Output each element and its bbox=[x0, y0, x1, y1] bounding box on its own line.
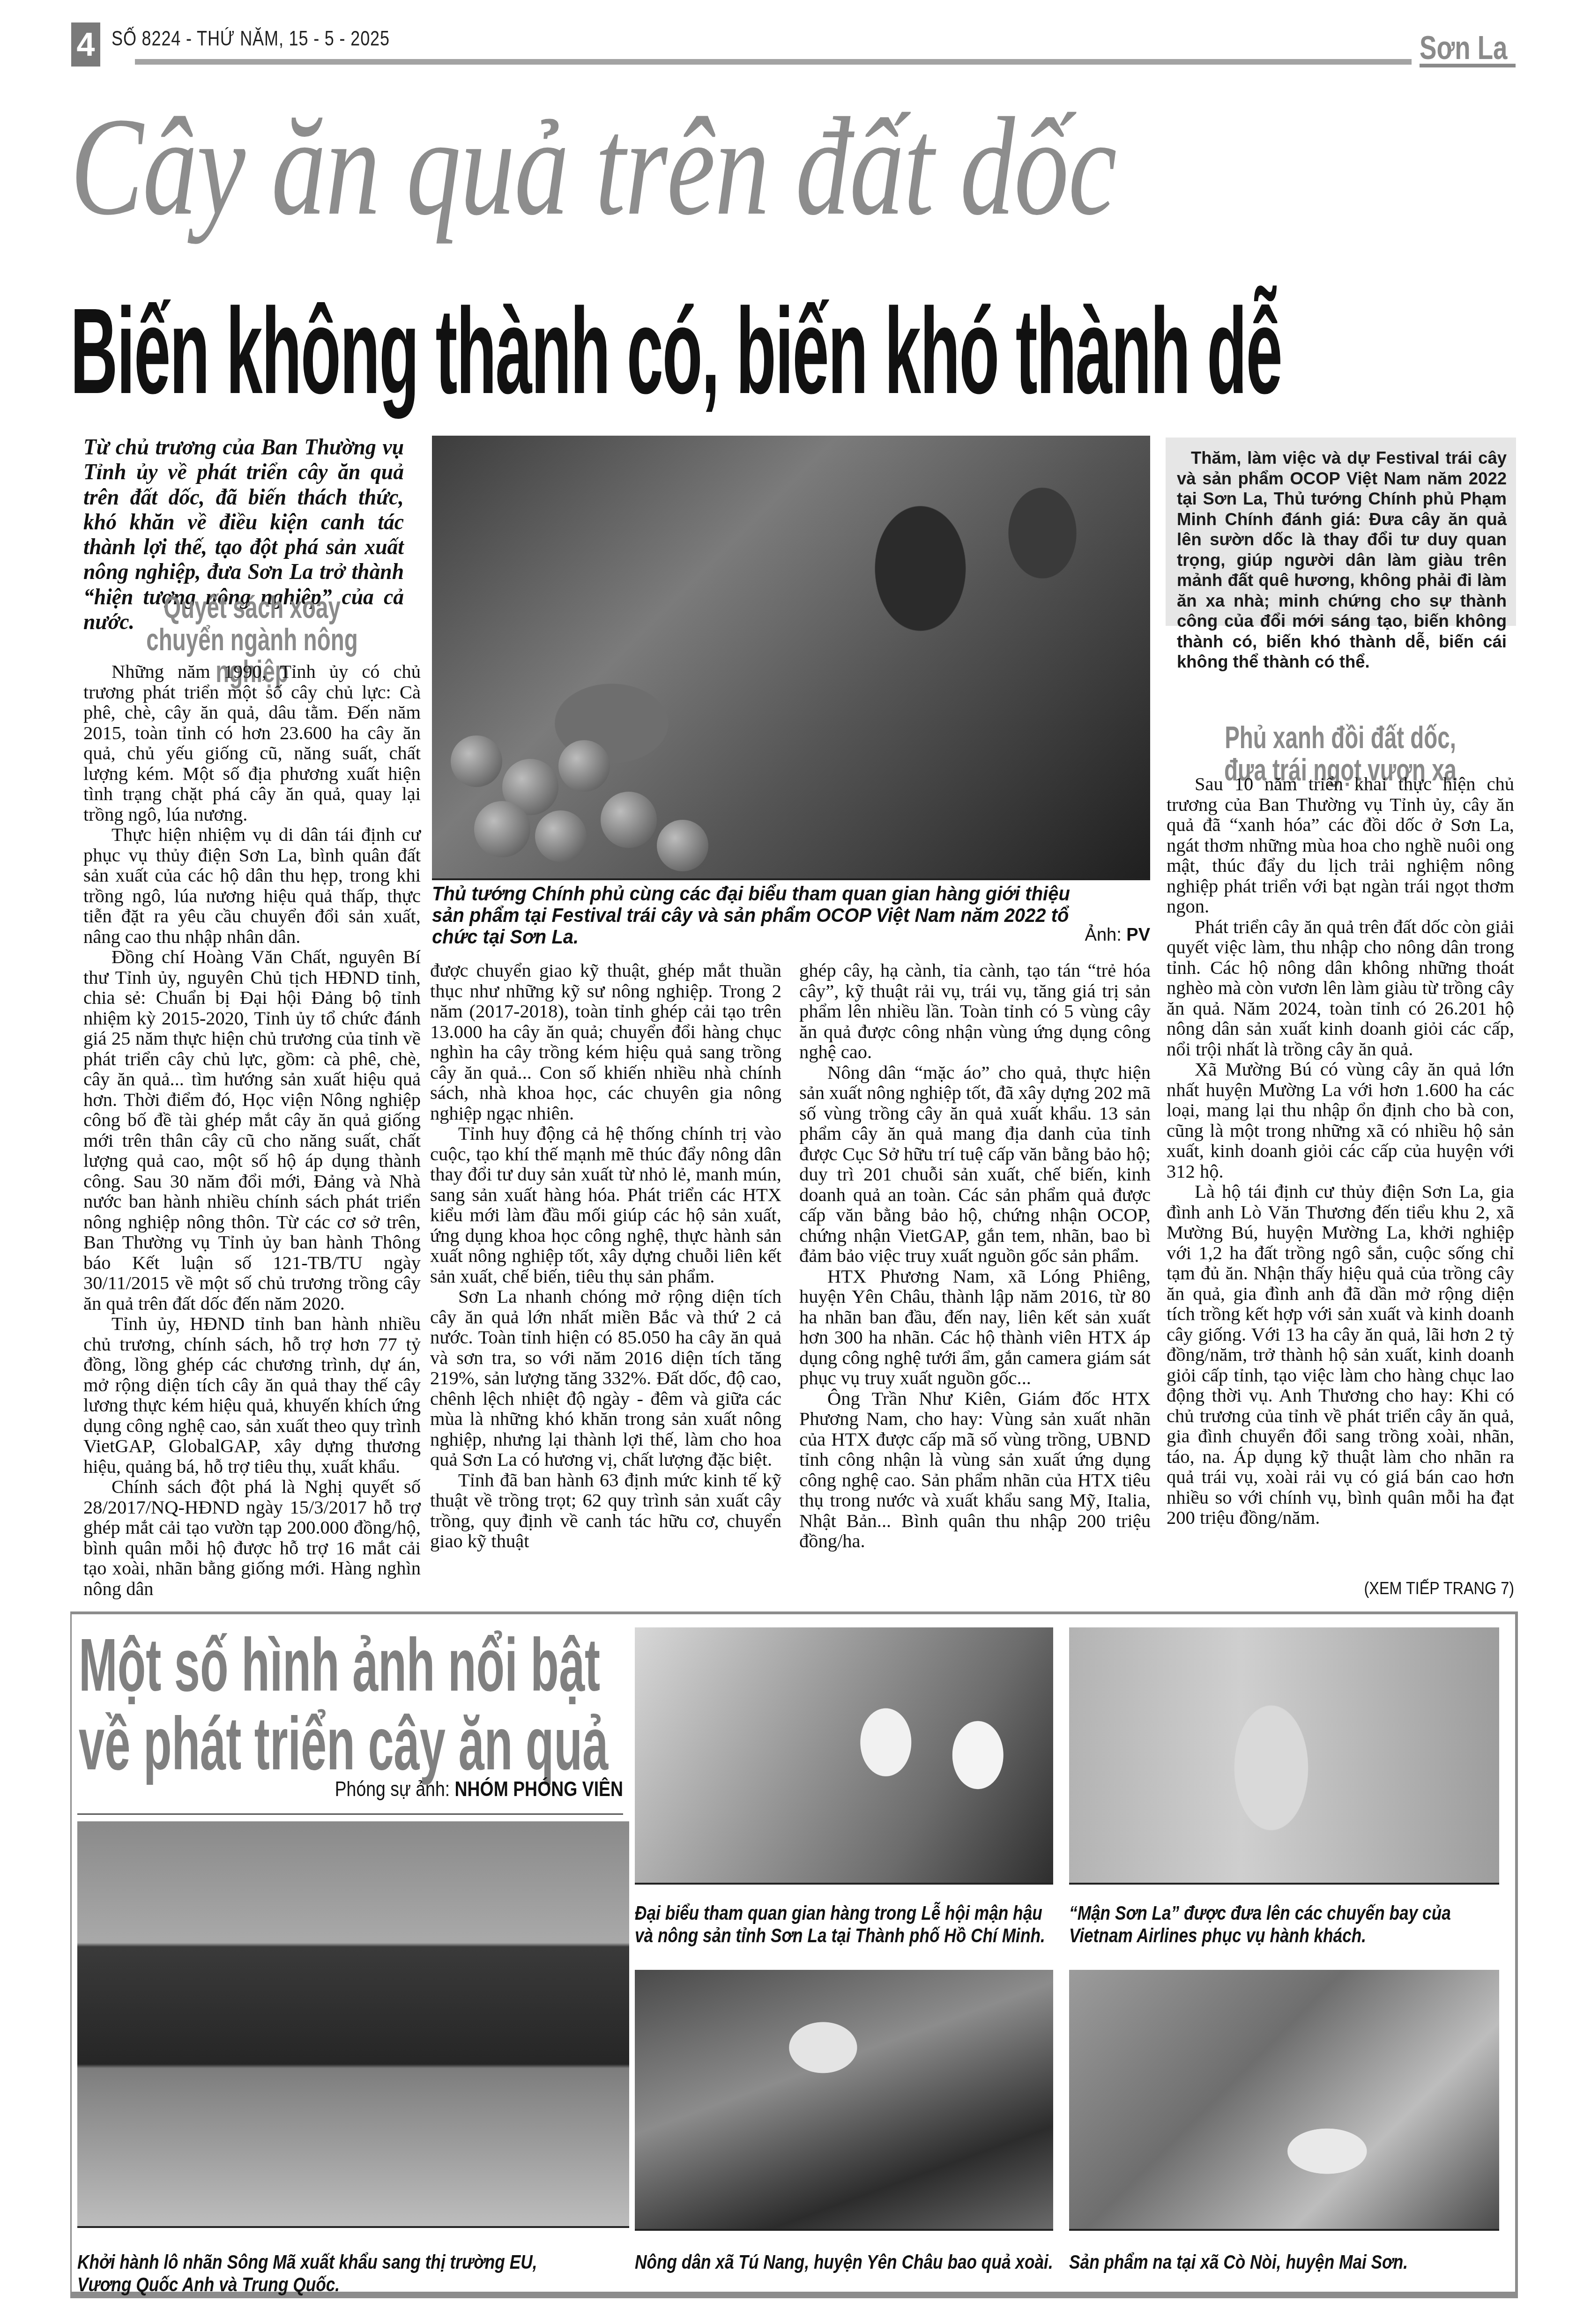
paragraph: Đồng chí Hoàng Văn Chất, nguyên Bí thư T… bbox=[83, 947, 421, 1314]
caption-line: Khởi hành lô nhãn Sông Mã xuất khẩu sang… bbox=[77, 2251, 537, 2273]
paragraph: Nông dân “mặc áo” cho quả, thực hiện sản… bbox=[799, 1062, 1151, 1266]
photo-feature-title-line1: Một số hình ảnh nổi bật bbox=[79, 1626, 608, 1704]
paragraph: Phát triển cây ăn quả trên đất dốc còn g… bbox=[1167, 917, 1514, 1060]
section-underline bbox=[1420, 64, 1516, 67]
paragraph: được chuyển giao kỹ thuật, ghép mắt thuầ… bbox=[430, 960, 781, 1123]
issue-line: SỐ 8224 - THỨ NĂM, 15 - 5 - 2025 bbox=[112, 27, 390, 51]
reporter-label: Phóng sự ảnh: bbox=[335, 1778, 450, 1801]
caption-line: và nông sản tỉnh Sơn La tại Thành phố Hồ… bbox=[635, 1924, 1045, 1947]
paragraph: Thực hiện nhiệm vụ di dân tái định cư ph… bbox=[83, 824, 421, 947]
page-number: 4 bbox=[71, 22, 100, 67]
title-script: Cây ăn quả trên đất dốc bbox=[70, 96, 1116, 237]
photo-feature-title-line2: về phát triển cây ăn quả bbox=[79, 1704, 608, 1783]
caption-custard: Sản phẩm na tại xã Cò Nòi, huyện Mai Sơn… bbox=[1069, 2251, 1408, 2273]
paragraph: Xã Mường Bú có vùng cây ăn quả lớn nhất … bbox=[1167, 1059, 1514, 1181]
quote-text: Thăm, làm việc và dự Festival trái cây v… bbox=[1177, 448, 1507, 672]
continued-link[interactable]: (XEM TIẾP TRANG 7) bbox=[1290, 1579, 1514, 1598]
photo-reporter: Phóng sự ảnh: NHÓM PHÓNG VIÊN bbox=[249, 1778, 623, 1801]
photo-feature-title: Một số hình ảnh nổi bật về phát triển câ… bbox=[79, 1626, 608, 1783]
section-name[interactable]: Sơn La bbox=[1420, 29, 1507, 67]
photo-truck-export bbox=[77, 1821, 629, 2228]
photo-credit: Ảnh: PV bbox=[1078, 925, 1150, 945]
paragraph: Ông Trần Như Kiên, Giám đốc HTX Phương N… bbox=[799, 1388, 1151, 1552]
credit-label: Ảnh: bbox=[1085, 925, 1122, 945]
photo-farmer-mango bbox=[635, 1970, 1053, 2231]
header-rule bbox=[135, 59, 1412, 65]
main-photo bbox=[432, 436, 1150, 880]
column-2: được chuyển giao kỹ thuật, ghép mắt thuầ… bbox=[430, 960, 781, 1552]
quote-box: Thăm, làm việc và dự Festival trái cây v… bbox=[1166, 438, 1516, 626]
reporter-rule bbox=[77, 1813, 623, 1815]
caption-line: Sản phẩm na tại xã Cò Nòi, huyện Mai Sơn… bbox=[1069, 2251, 1408, 2273]
column-4: Sau 10 năm triển khai thực hiện chủ trươ… bbox=[1167, 774, 1514, 1528]
credit-name: PV bbox=[1126, 925, 1150, 945]
caption-line: “Mận Sơn La” được đưa lên các chuyến bay… bbox=[1069, 1902, 1451, 1924]
paragraph: Chính sách đột phá là Nghị quyết số 28/2… bbox=[83, 1477, 421, 1599]
paragraph: ghép cây, hạ cành, tỉa cành, tạo tán “tr… bbox=[799, 960, 1151, 1062]
paragraph: Tỉnh huy động cả hệ thống chính trị vào … bbox=[430, 1123, 781, 1286]
caption-market: Đại biểu tham quan gian hàng trong Lễ hộ… bbox=[635, 1902, 1045, 1947]
main-photo-caption: Thủ tướng Chính phủ cùng các đại biểu th… bbox=[432, 883, 1100, 948]
photo-custard-apple bbox=[1069, 1970, 1499, 2231]
caption-line: Nông dân xã Tú Nang, huyện Yên Châu bao … bbox=[635, 2251, 1053, 2273]
caption-line: Vietnam Airlines phục vụ hành khách. bbox=[1069, 1924, 1451, 1947]
photo-market-festival bbox=[635, 1627, 1053, 1885]
caption-truck: Khởi hành lô nhãn Sông Mã xuất khẩu sang… bbox=[77, 2251, 537, 2296]
paragraph: Tỉnh ủy, HĐND tỉnh ban hành nhiều chủ tr… bbox=[83, 1314, 421, 1477]
caption-airline: “Mận Sơn La” được đưa lên các chuyến bay… bbox=[1069, 1902, 1451, 1947]
paragraph: Sơn La nhanh chóng mở rộng diện tích cây… bbox=[430, 1286, 781, 1470]
paragraph: Tỉnh đã ban hành 63 định mức kinh tế kỹ … bbox=[430, 1470, 781, 1552]
caption-farmer: Nông dân xã Tú Nang, huyện Yên Châu bao … bbox=[635, 2251, 1053, 2273]
reporter-name: NHÓM PHÓNG VIÊN bbox=[455, 1778, 623, 1801]
paragraph: Là hộ tái định cư thủy điện Sơn La, gia … bbox=[1167, 1181, 1514, 1528]
column-1: Những năm 1990, Tỉnh ủy có chủ trương ph… bbox=[83, 661, 421, 1599]
title-bold: Biến không thành có, biến khó thành dễ bbox=[70, 290, 1282, 412]
paragraph: Những năm 1990, Tỉnh ủy có chủ trương ph… bbox=[83, 661, 421, 824]
photo-airline-plums bbox=[1069, 1627, 1499, 1885]
paragraph: Sau 10 năm triển khai thực hiện chủ trươ… bbox=[1167, 774, 1514, 917]
caption-line: Vương Quốc Anh và Trung Quốc. bbox=[77, 2273, 537, 2296]
caption-line: Đại biểu tham quan gian hàng trong Lễ hộ… bbox=[635, 1902, 1045, 1924]
paragraph: HTX Phương Nam, xã Lóng Phiêng, huyện Yê… bbox=[799, 1266, 1151, 1388]
column-3: ghép cây, hạ cành, tỉa cành, tạo tán “tr… bbox=[799, 960, 1151, 1552]
